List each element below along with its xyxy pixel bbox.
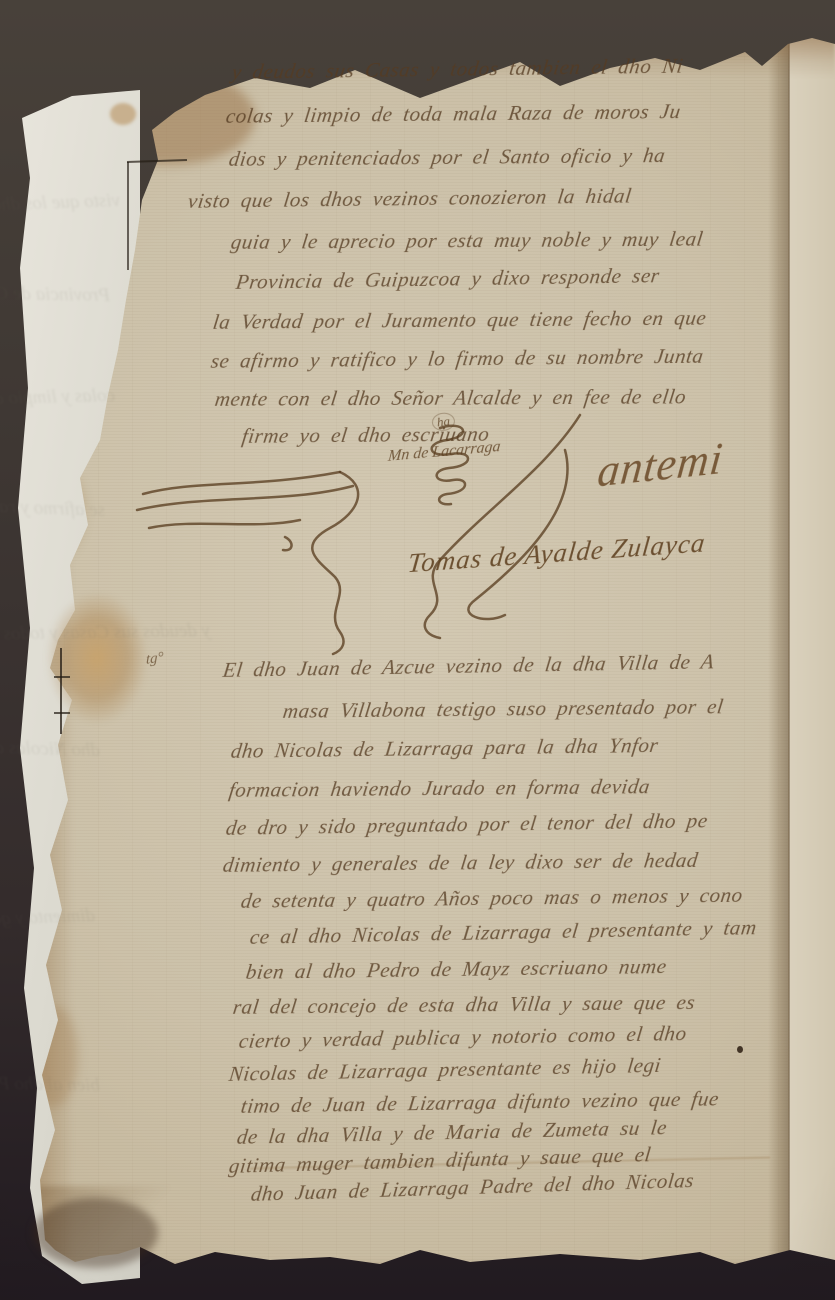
handwritten-line: formacion haviendo Jurado en forma devid… [228, 776, 652, 801]
signature-rubric-left [135, 442, 395, 657]
ink-speck [737, 1046, 743, 1053]
margin-witness-mark: tg° [146, 649, 163, 669]
fold-crease [768, 36, 790, 1281]
edge-black-mark [54, 712, 70, 714]
handwritten-line: guia y le aprecio por esta muy noble y m… [230, 229, 705, 253]
handwritten-line: visto que los dhos vezinos conozieron la… [187, 186, 633, 212]
handwritten-line: mente con el dho Señor Alcalde y en fee … [214, 387, 688, 410]
photo-backdrop: visto que los dhos vezinos conozieron la… [0, 0, 835, 1300]
adjacent-leaf [788, 36, 835, 1281]
handwritten-line: ral del concejo de esta dha Villa y saue… [232, 992, 697, 1018]
handwritten-line: dios y penitenciados por el Santo oficio… [228, 145, 667, 170]
handwritten-line: se afirmo y ratifico y lo firmo de su no… [210, 346, 705, 372]
paper-stain-bottom [30, 1259, 835, 1281]
handwritten-line: dimiento y generales de la ley dixo ser … [222, 850, 700, 876]
foxing-spot [110, 103, 136, 125]
handwritten-line: masa Villabona testigo suso presentado p… [282, 696, 725, 722]
handwritten-line: bien al dho Pedro de Mayz escriuano nume [245, 956, 668, 983]
handwritten-line: colas y limpio de toda mala Raza de moro… [225, 101, 682, 127]
edge-black-mark [54, 676, 70, 678]
edge-black-mark [127, 162, 129, 270]
corner-shadow [33, 1198, 158, 1268]
edge-black-mark [60, 648, 62, 734]
handwritten-line: la Verdad por el Juramento que tiene fec… [212, 308, 708, 333]
